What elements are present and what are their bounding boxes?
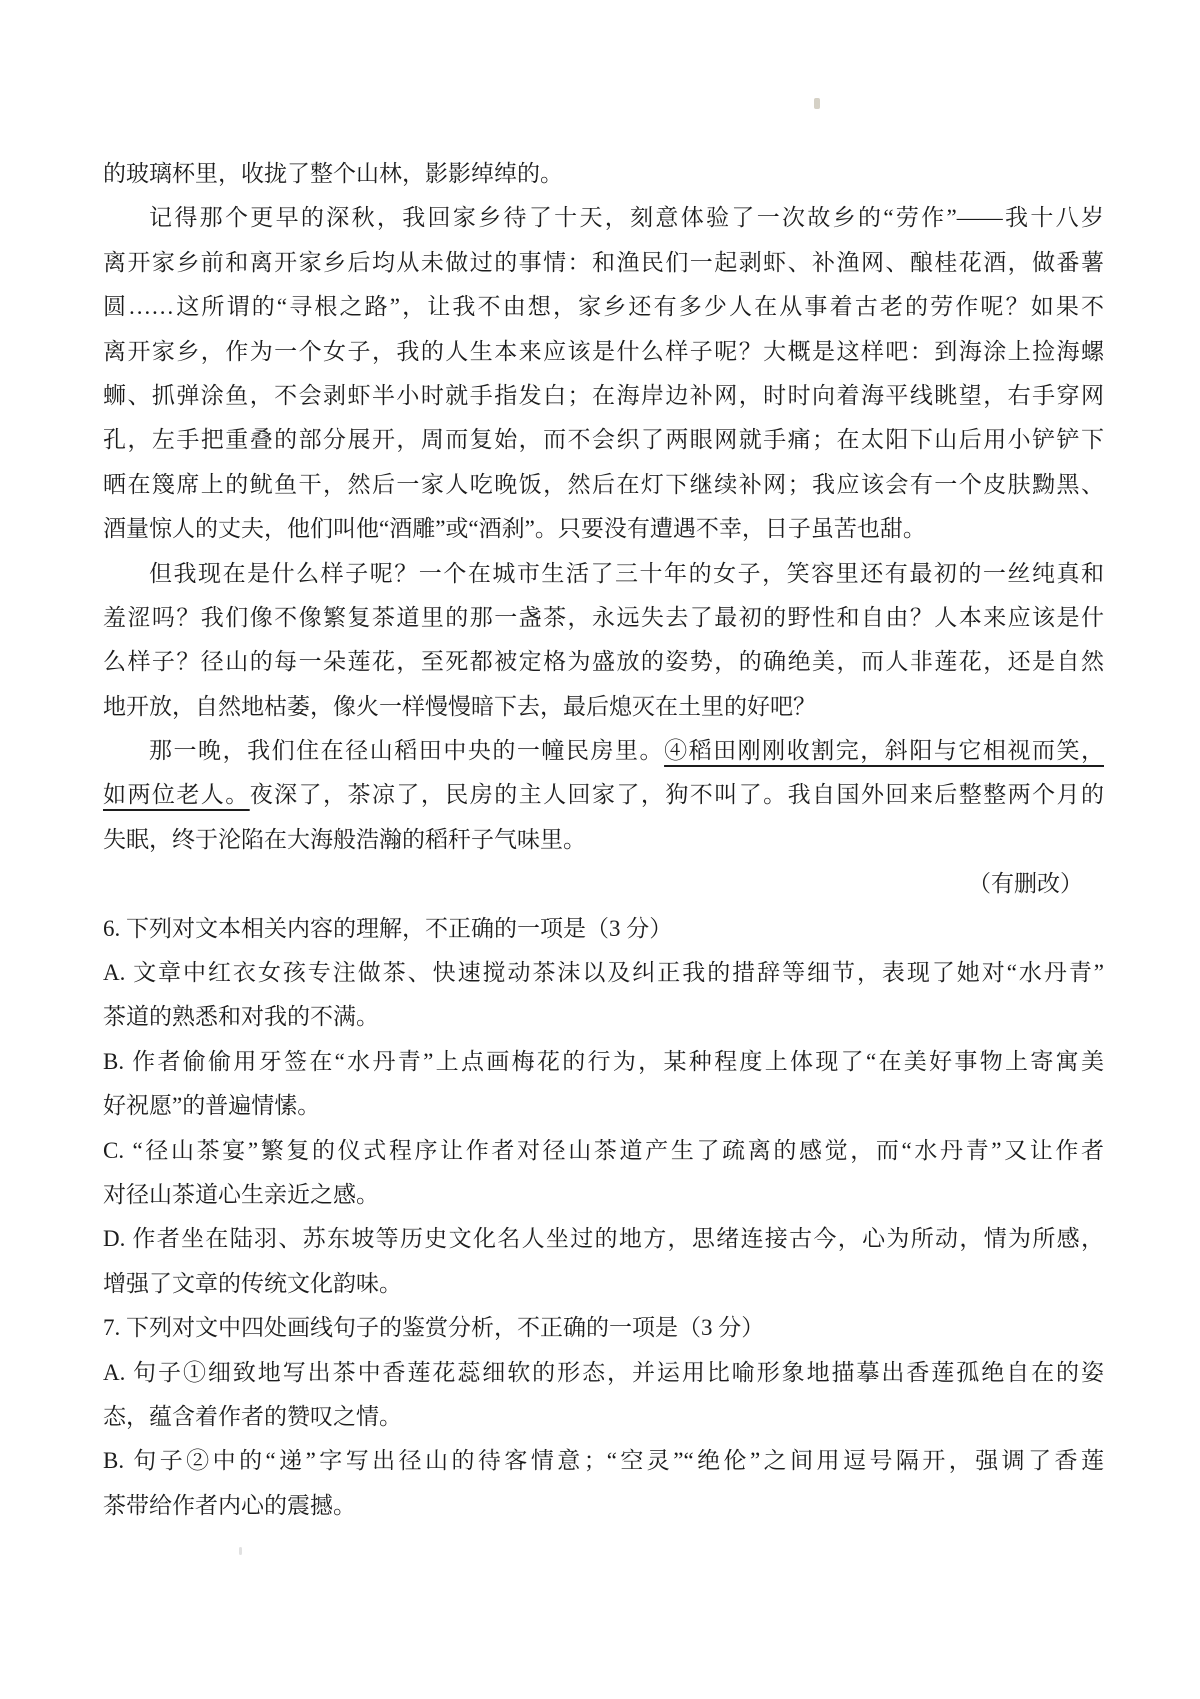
q6-option-c-line: C. “径山茶宴”繁复的仪式程序让作者对径山茶道产生了疏离的感觉，而“水丹青”又… [103,1129,1104,1173]
attribution-note: （有删改） [103,862,1104,906]
passage-line: 羞涩吗？我们像不像繁复茶道里的那一盏茶，永远失去了最初的野性和自由？人本来应该是… [103,596,1104,640]
exam-paper-page: 的玻璃杯里，收拢了整个山林，影影绰绰的。 记得那个更早的深秋，我回家乡待了十天，… [0,0,1200,1699]
page-content: 的玻璃杯里，收拢了整个山林，影影绰绰的。 记得那个更早的深秋，我回家乡待了十天，… [103,152,1104,1528]
q6-option-c-line: 对径山茶道心生亲近之感。 [103,1173,1104,1217]
underlined-sentence-4: 如两位老人。 [103,782,250,807]
question-7-stem: 7. 下列对文中四处画线句子的鉴赏分析，不正确的一项是（3 分） [103,1306,1104,1350]
passage-line: 晒在篾席上的鱿鱼干，然后一家人吃晚饭，然后在灯下继续补网；我应该会有一个皮肤黝黑… [103,463,1104,507]
passage-line: 么样子？径山的每一朵莲花，至死都被定格为盛放的姿势，的确绝美，而人非莲花，还是自… [103,640,1104,684]
passage-line: 记得那个更早的深秋，我回家乡待了十天，刻意体验了一次故乡的“劳作”——我十八岁 [103,196,1104,240]
q6-option-b-line: B. 作者偷偷用牙签在“水丹青”上点画梅花的行为，某种程度上体现了“在美好事物上… [103,1040,1104,1084]
underlined-sentence-4: ④稻田刚刚收割完，斜阳与它相视而笑， [664,738,1104,763]
passage-text: 夜深了，茶凉了，民房的主人回家了，狗不叫了。我自国外回来后整整两个月的 [250,782,1104,807]
passage-line-with-underline: 那一晚，我们住在径山稻田中央的一幢民房里。④稻田刚刚收割完，斜阳与它相视而笑， [103,729,1104,773]
passage-line: 孔，左手把重叠的部分展开，周而复始，而不会织了两眼网就手痛；在太阳下山后用小铲铲… [103,418,1104,462]
passage-line: 离开家乡，作为一个女子，我的人生本来应该是什么样子呢？大概是这样吧：到海涂上捡海… [103,330,1104,374]
passage-line: 的玻璃杯里，收拢了整个山林，影影绰绰的。 [103,152,1104,196]
passage-line-with-underline: 如两位老人。夜深了，茶凉了，民房的主人回家了，狗不叫了。我自国外回来后整整两个月… [103,773,1104,817]
q6-option-a-line: A. 文章中红衣女孩专注做茶、快速搅动茶沫以及纠正我的措辞等细节，表现了她对“水… [103,951,1104,995]
passage-line: 酒量惊人的丈夫，他们叫他“酒雕”或“酒刹”。只要没有遭遇不幸，日子虽苦也甜。 [103,507,1104,551]
q7-option-b-line: 茶带给作者内心的震撼。 [103,1484,1104,1528]
passage-line: 蛳、抓弹涂鱼，不会剥虾半小时就手指发白；在海岸边补网，时时向着海平线眺望，右手穿… [103,374,1104,418]
q7-option-a-line: A. 句子①细致地写出茶中香莲花蕊细软的形态，并运用比喻形象地描摹出香莲孤绝自在… [103,1351,1104,1395]
passage-line: 失眠，终于沦陷在大海般浩瀚的稻秆子气味里。 [103,818,1104,862]
scan-artifact [814,98,820,109]
q7-option-a-line: 态，蕴含着作者的赞叹之情。 [103,1395,1104,1439]
passage-text: 那一晚，我们住在径山稻田中央的一幢民房里。 [149,738,664,763]
passage-line: 但我现在是什么样子呢？一个在城市生活了三十年的女子，笑容里还有最初的一丝纯真和 [103,552,1104,596]
q6-option-d-line: D. 作者坐在陆羽、苏东坡等历史文化名人坐过的地方，思绪连接古今，心为所动，情为… [103,1217,1104,1261]
question-6-stem: 6. 下列对文本相关内容的理解，不正确的一项是（3 分） [103,907,1104,951]
q6-option-a-line: 茶道的熟悉和对我的不满。 [103,995,1104,1039]
passage-line: 离开家乡前和离开家乡后均从未做过的事情：和渔民们一起剥虾、补渔网、酿桂花酒，做番… [103,241,1104,285]
q7-option-b-line: B. 句子②中的“递”字写出径山的待客情意；“空灵”“绝伦”之间用逗号隔开，强调… [103,1439,1104,1483]
scan-artifact [239,1547,242,1555]
q6-option-d-line: 增强了文章的传统文化韵味。 [103,1262,1104,1306]
q6-option-b-line: 好祝愿”的普遍情愫。 [103,1084,1104,1128]
passage-line: 地开放，自然地枯萎，像火一样慢慢暗下去，最后熄灭在土里的好吧？ [103,685,1104,729]
passage-line: 圆……这所谓的“寻根之路”，让我不由想，家乡还有多少人在从事着古老的劳作呢？如果… [103,285,1104,329]
